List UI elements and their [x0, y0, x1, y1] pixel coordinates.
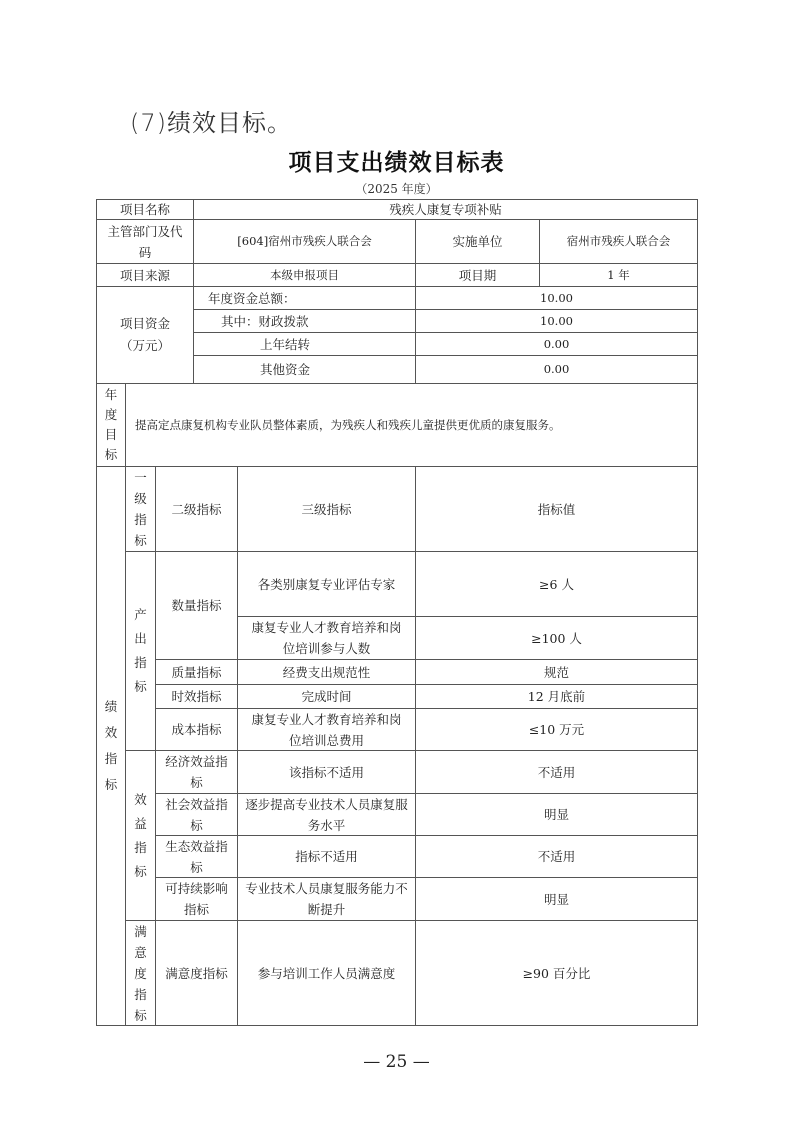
- metrics-section-char: 效: [105, 720, 118, 746]
- funding-label-line2: （万元）: [120, 335, 170, 357]
- group-output-label: 产 出 指 标: [125, 551, 156, 751]
- value-cell: 明显: [415, 793, 698, 836]
- level2-ecological: 生态效益指标: [155, 835, 238, 878]
- level3-cell: 该指标不适用: [237, 750, 416, 794]
- project-name-value: 残疾人康复专项补贴: [193, 199, 698, 220]
- group-char: 益: [134, 812, 147, 836]
- group-benefit-label: 效 益 指 标: [125, 750, 156, 921]
- level2-quantity: 数量指标: [155, 551, 238, 660]
- page-number: — 25 —: [0, 1052, 793, 1072]
- header-level1: 一 级 指 标: [125, 466, 156, 552]
- group-char: 指: [134, 651, 147, 675]
- funding-carryover-value: 0.00: [415, 332, 698, 356]
- group-char: 标: [134, 675, 147, 699]
- group-char: 出: [134, 627, 147, 651]
- level3-cell: 逐步提高专业技术人员康复服务水平: [237, 793, 416, 836]
- level2-cost: 成本指标: [155, 708, 238, 751]
- header-level1-char: 一: [134, 467, 147, 488]
- dept-value: [604]宿州市残疾人联合会: [193, 219, 416, 264]
- annual-goal-char: 度: [105, 405, 118, 425]
- funding-fiscal-value: 10.00: [415, 309, 698, 333]
- impl-label: 实施单位: [415, 219, 540, 264]
- header-level1-char: 标: [134, 530, 147, 551]
- group-char: 产: [134, 603, 147, 627]
- group-char: 标: [134, 860, 147, 884]
- value-cell: 不适用: [415, 835, 698, 878]
- level2-quality: 质量指标: [155, 659, 238, 685]
- level3-cell: 专业技术人员康复服务能力不断提升: [237, 877, 416, 921]
- value-cell: 12 月底前: [415, 684, 698, 709]
- level2-sustainable: 可持续影响指标: [155, 877, 238, 921]
- value-cell: 规范: [415, 659, 698, 685]
- period-value: 1 年: [539, 263, 698, 287]
- level2-social: 社会效益指标: [155, 793, 238, 836]
- annual-goal-char: 年: [105, 385, 118, 405]
- group-char: 标: [134, 1005, 147, 1026]
- funding-carryover-label: 上年结转: [193, 332, 416, 356]
- group-char: 效: [134, 788, 147, 812]
- funding-label: 项目资金 （万元）: [96, 286, 194, 384]
- funding-fiscal-label: 其中：财政拨款: [193, 309, 416, 333]
- header-value: 指标值: [415, 466, 698, 552]
- funding-total-value: 10.00: [415, 286, 698, 310]
- project-name-label: 项目名称: [96, 199, 194, 220]
- group-satisfaction-label: 满 意 度 指 标: [125, 920, 156, 1026]
- metrics-section-label: 绩 效 指 标: [96, 466, 126, 1026]
- group-char: 指: [134, 836, 147, 860]
- period-label: 项目期: [415, 263, 540, 287]
- value-cell: ≥6 人: [415, 551, 698, 617]
- header-level3: 三级指标: [237, 466, 416, 552]
- level2-economic: 经济效益指标: [155, 750, 238, 794]
- group-char: 意: [134, 942, 147, 963]
- level3-cell: 各类别康复专业评估专家: [237, 551, 416, 617]
- funding-other-value: 0.00: [415, 355, 698, 384]
- level3-cell: 完成时间: [237, 684, 416, 709]
- metrics-section-char: 标: [105, 772, 118, 798]
- funding-label-line1: 项目资金: [120, 313, 170, 335]
- year-label: （2025 年度）: [0, 180, 793, 197]
- annual-goal-char: 标: [105, 445, 118, 465]
- header-level1-char: 级: [134, 488, 147, 509]
- metrics-section-char: 指: [105, 746, 118, 772]
- header-level1-char: 指: [134, 509, 147, 530]
- source-value: 本级申报项目: [193, 263, 416, 287]
- level3-cell: 参与培训工作人员满意度: [237, 920, 416, 1026]
- value-cell: 不适用: [415, 750, 698, 794]
- funding-total-label: 年度资金总额：: [193, 286, 416, 310]
- value-cell: ≥90 百分比: [415, 920, 698, 1026]
- annual-goal-char: 目: [105, 425, 118, 445]
- group-char: 度: [134, 963, 147, 984]
- table-title: 项目支出绩效目标表: [0, 144, 793, 177]
- value-cell: 明显: [415, 877, 698, 921]
- section-heading: (7)绩效目标。: [130, 103, 292, 138]
- level2-satisfaction: 满意度指标: [155, 920, 238, 1026]
- level3-cell: 康复专业人才教育培养和岗位培训总费用: [237, 708, 416, 751]
- level2-timeliness: 时效指标: [155, 684, 238, 709]
- group-char: 指: [134, 984, 147, 1005]
- level3-cell: 经费支出规范性: [237, 659, 416, 685]
- annual-goal-text: 提高定点康复机构专业队员整体素质，为残疾人和残疾儿童提供更优质的康复服务。: [125, 383, 698, 467]
- source-label: 项目来源: [96, 263, 194, 287]
- metrics-section-char: 绩: [105, 694, 118, 720]
- value-cell: ≥100 人: [415, 616, 698, 660]
- annual-goal-label: 年 度 目 标: [96, 383, 126, 467]
- value-cell: ≤10 万元: [415, 708, 698, 751]
- funding-other-label: 其他资金: [193, 355, 416, 384]
- header-level2: 二级指标: [155, 466, 238, 552]
- dept-label: 主管部门及代码: [96, 219, 194, 264]
- impl-value: 宿州市残疾人联合会: [539, 219, 698, 264]
- level3-cell: 指标不适用: [237, 835, 416, 878]
- group-char: 满: [134, 921, 147, 942]
- level3-cell: 康复专业人才教育培养和岗位培训参与人数: [237, 616, 416, 660]
